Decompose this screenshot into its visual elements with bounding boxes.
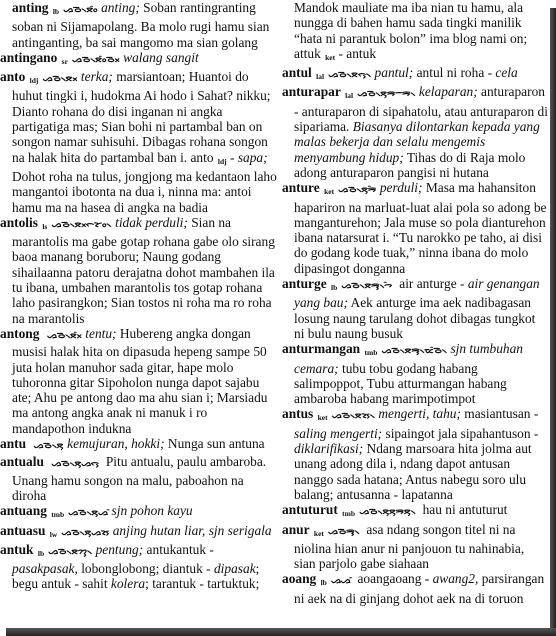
batak-script: ᯀᯉ᯲ᯖᯬᯰ [47,331,81,341]
headword: anto [0,69,25,84]
italic-gloss: anting; [101,0,140,15]
italic-gloss: pentung; [96,542,144,557]
italic-gloss: walang sangit [123,50,199,65]
definition-text: antul ni roha - [413,65,495,80]
italic-gloss: anjing hutan liar, sjn serigala [113,523,272,538]
batak-script: ᯀᯉ᯲ᯖᯮᯒ᯲ᯔᯰᯉ᯲ [381,346,446,356]
headword: antu [0,436,26,451]
headword: anting [12,0,48,15]
dialect-tag: lb [321,578,327,587]
headword: anturmangan [282,341,360,356]
italic-gloss: cela [495,65,517,80]
italic-gloss: sjn pohon kayu [112,503,193,518]
headword: antul [282,65,312,80]
headword: anture [282,180,320,195]
headword: antuturut [282,502,338,517]
batak-script: ᯀᯉ᯲ᯖᯮᯒ᯲ᯎᯩ [341,281,392,291]
dialect-tag: ket [318,413,328,422]
headword: anturge [282,276,327,291]
headword: antualu [0,454,44,469]
headword: anur [282,522,310,537]
headword: antuang [0,503,47,518]
dialect-tag: tmb [342,509,355,518]
dictionary-entry: antuang tmbᯀᯉ᯲ᯖᯮᯀᯰsjn pohon kayu [0,503,280,522]
italic-gloss: dipasak [214,561,256,576]
dictionary-entry: anto ldjᯀᯉ᯲ᯖᯬterka; marsiantoan; Huantoi… [0,69,280,215]
batak-script: ᯀᯉ᯲ᯖᯪᯰᯉᯬ [72,55,119,65]
definition-text: Hubereng angka dongan musisi halak hita … [12,326,267,436]
italic-gloss: diklarifikasi; [294,441,363,456]
italic-gloss: pantul; [375,65,414,80]
dictionary-entry: antul lalᯀᯉ᯲ᯖᯮᯞ᯲pantul; antul ni roha - … [282,65,548,84]
italic-gloss: terka; [81,69,113,84]
dialect-tag: sr [62,57,68,66]
batak-script: ᯀᯉ᯲ᯖᯮᯀᯰ [68,508,107,518]
italic-gloss: tentu; [85,326,116,341]
batak-script: ᯀᯀᯰ [331,576,350,586]
dictionary-entry: antualu ᯀᯉ᯲ᯖᯮᯀᯞᯮ Pitu antualu, paulu amb… [0,454,280,503]
italic-gloss: awang2, [433,571,479,586]
definition-text: Dohot roha na tulus, jongjong ma kedanta… [12,169,277,215]
headword: antuk [0,542,34,557]
italic-gloss: kemujuran, hokki; [67,436,164,451]
dialect-tag: ket [325,53,335,62]
batak-script: ᯀᯉ᯲ᯖᯮᯒᯩ [338,185,376,195]
definition-text: hau ni antuturut [419,502,507,517]
dialect-tag: lal [345,91,353,100]
definition-text: - antuk [335,46,376,61]
dialect-tag: ls [42,222,47,231]
dictionary-entry: anturapar lalᯀᯉ᯲ᯖᯮᯒᯇᯒ᯲kelaparan; anturap… [282,84,548,180]
dialect-tag: lb [38,549,44,558]
definition-text: aoangaoang - [354,571,432,586]
batak-script: ᯀᯉ᯲ᯖᯮᯒᯇᯒ᯲ [357,89,415,99]
batak-script: ᯀᯉ᯲ᯖᯮᯀᯘᯮ [61,528,108,538]
batak-script: ᯀᯉ᯲ᯖᯬ [42,74,76,84]
batak-script: ᯀᯉ᯲ᯖᯬᯞᯪᯘ᯲ [51,220,111,230]
definition-text: - [227,150,238,165]
italic-gloss: saling mengerti; [294,426,382,441]
headword: aoang [282,571,316,586]
dictionary-entry: aoang lbᯀᯀᯰ aoangaoang - awang2, parsira… [282,571,548,606]
dictionary-entry: anturge lbᯀᯉ᯲ᯖᯮᯒ᯲ᯎᯩ air anturge - air ge… [282,276,548,341]
dialect-tag: ldj [30,76,39,85]
dictionary-entry: anur ketᯀᯉᯮᯒ᯲ asa ndang songon titel ni … [282,522,548,572]
headword: antolis [0,215,38,230]
dialect-tag: lb [53,7,59,16]
headword: anturapar [282,84,341,99]
batak-script: ᯀᯉ᯲ᯖᯮᯘ᯲ [332,411,375,421]
definition-text: air anturge - [396,276,468,291]
dictionary-entry: antuturut tmbᯀᯉ᯲ᯖᯮᯖᯮᯒᯮᯖ᯲ hau ni antuturu… [282,502,548,521]
headword: antuasu [0,523,45,538]
left-column: anting lbᯀᯉ᯲ᯖᯪᯰanting; Soban rantingrant… [0,0,280,592]
dictionary-entry: antuk lbᯀᯉ᯲ᯖᯮᯂ᯲pentung; antukantuk - pas… [0,542,280,592]
definition-text: sipaingot jala sipahantuson - [382,426,538,441]
italic-gloss: mengerti, tahu; [378,406,461,421]
italic-gloss: tidak perduli; [115,215,188,230]
dictionary-entry: antolis lsᯀᯉ᯲ᯖᯬᯞᯪᯘ᯲tidak perduli; Sian n… [0,215,280,326]
batak-script: ᯀᯉ᯲ᯖᯮ [33,441,63,451]
dictionary-entry: anture ketᯀᯉ᯲ᯖᯮᯒᯩperduli; Masa ma hahans… [282,180,548,276]
dialect-tag: lw [50,530,58,539]
definition-text: Soban rantingranting soban ni Sijamapola… [12,0,269,50]
page-shadow-bottom [6,628,556,636]
definition-text: lobonglobong; diantuk - [78,561,214,576]
dictionary-entry: antingano srᯀᯉ᯲ᯖᯪᯰᯉᯬwalang sangit [0,50,280,69]
headword: antingano [0,50,57,65]
italic-gloss: perduli; [380,180,423,195]
batak-script: ᯀᯉᯮᯒ᯲ [328,527,359,537]
definition-text: masiantusan - [461,406,538,421]
dictionary-entry: antus ketᯀᯉ᯲ᯖᯮᯘ᯲mengerti, tahu; masiantu… [282,406,548,502]
headword: antus [282,406,313,421]
dialect-tag: ket [314,529,324,538]
definition-text: antukantuk - [143,542,214,557]
entry-continuation: Mandok mauliate ma iba nian tu hamu, ala… [282,0,548,65]
dialect-tag: lb [331,283,337,292]
dialect-tag: ket [324,187,334,196]
italic-gloss: sapa; [238,150,268,165]
dictionary-page: anting lbᯀᯉ᯲ᯖᯪᯰanting; Soban rantingrant… [0,0,550,628]
definition-text: Sian na marantolis ma gabe gotap rohana … [12,215,275,326]
batak-script: ᯀᯉ᯲ᯖᯪᯰ [63,5,97,15]
batak-script: ᯀᯉ᯲ᯖᯮᯖᯮᯒᯮᯖ᯲ [359,507,415,517]
dictionary-entry: anturmangan tmbᯀᯉ᯲ᯖᯮᯒ᯲ᯔᯰᯉ᯲sjn tumbuhan c… [282,341,548,406]
dialect-tag: tmb [51,510,64,519]
batak-script: ᯀᯉ᯲ᯖᯮᯀᯞᯮ [51,459,98,469]
right-column: Mandok mauliate ma iba nian tu hamu, ala… [282,0,548,606]
headword: antong [0,326,39,341]
definition-text: ; tarantuk - tartuktuk; [145,576,259,591]
italic-gloss: kelaparan; [419,84,478,99]
entry-continuation: anting lbᯀᯉ᯲ᯖᯪᯰanting; Soban rantingrant… [0,0,280,50]
definition-text: Nunga sun antuna [165,436,265,451]
dialect-tag: lal [316,72,324,81]
dialect-tag: ldj [218,157,227,166]
dictionary-entry: antuasu lwᯀᯉ᯲ᯖᯮᯀᯘᯮanjing hutan liar, sjn… [0,523,280,542]
batak-script: ᯀᯉ᯲ᯖᯮᯂ᯲ [48,547,91,557]
dictionary-entry: antong ᯀᯉ᯲ᯖᯬᯰtentu; Hubereng angka donga… [0,326,280,436]
italic-gloss: kolera [111,576,145,591]
batak-script: ᯀᯉ᯲ᯖᯮᯞ᯲ [328,70,370,80]
definition-text: Mandok mauliate ma iba nian tu hamu, ala… [294,0,527,61]
dialect-tag: tmb [365,348,378,357]
dictionary-entry: antu ᯀᯉ᯲ᯖᯮkemujuran, hokki; Nunga sun an… [0,436,280,454]
italic-gloss: pasakpasak, [12,561,78,576]
page-shadow-right [550,8,556,636]
